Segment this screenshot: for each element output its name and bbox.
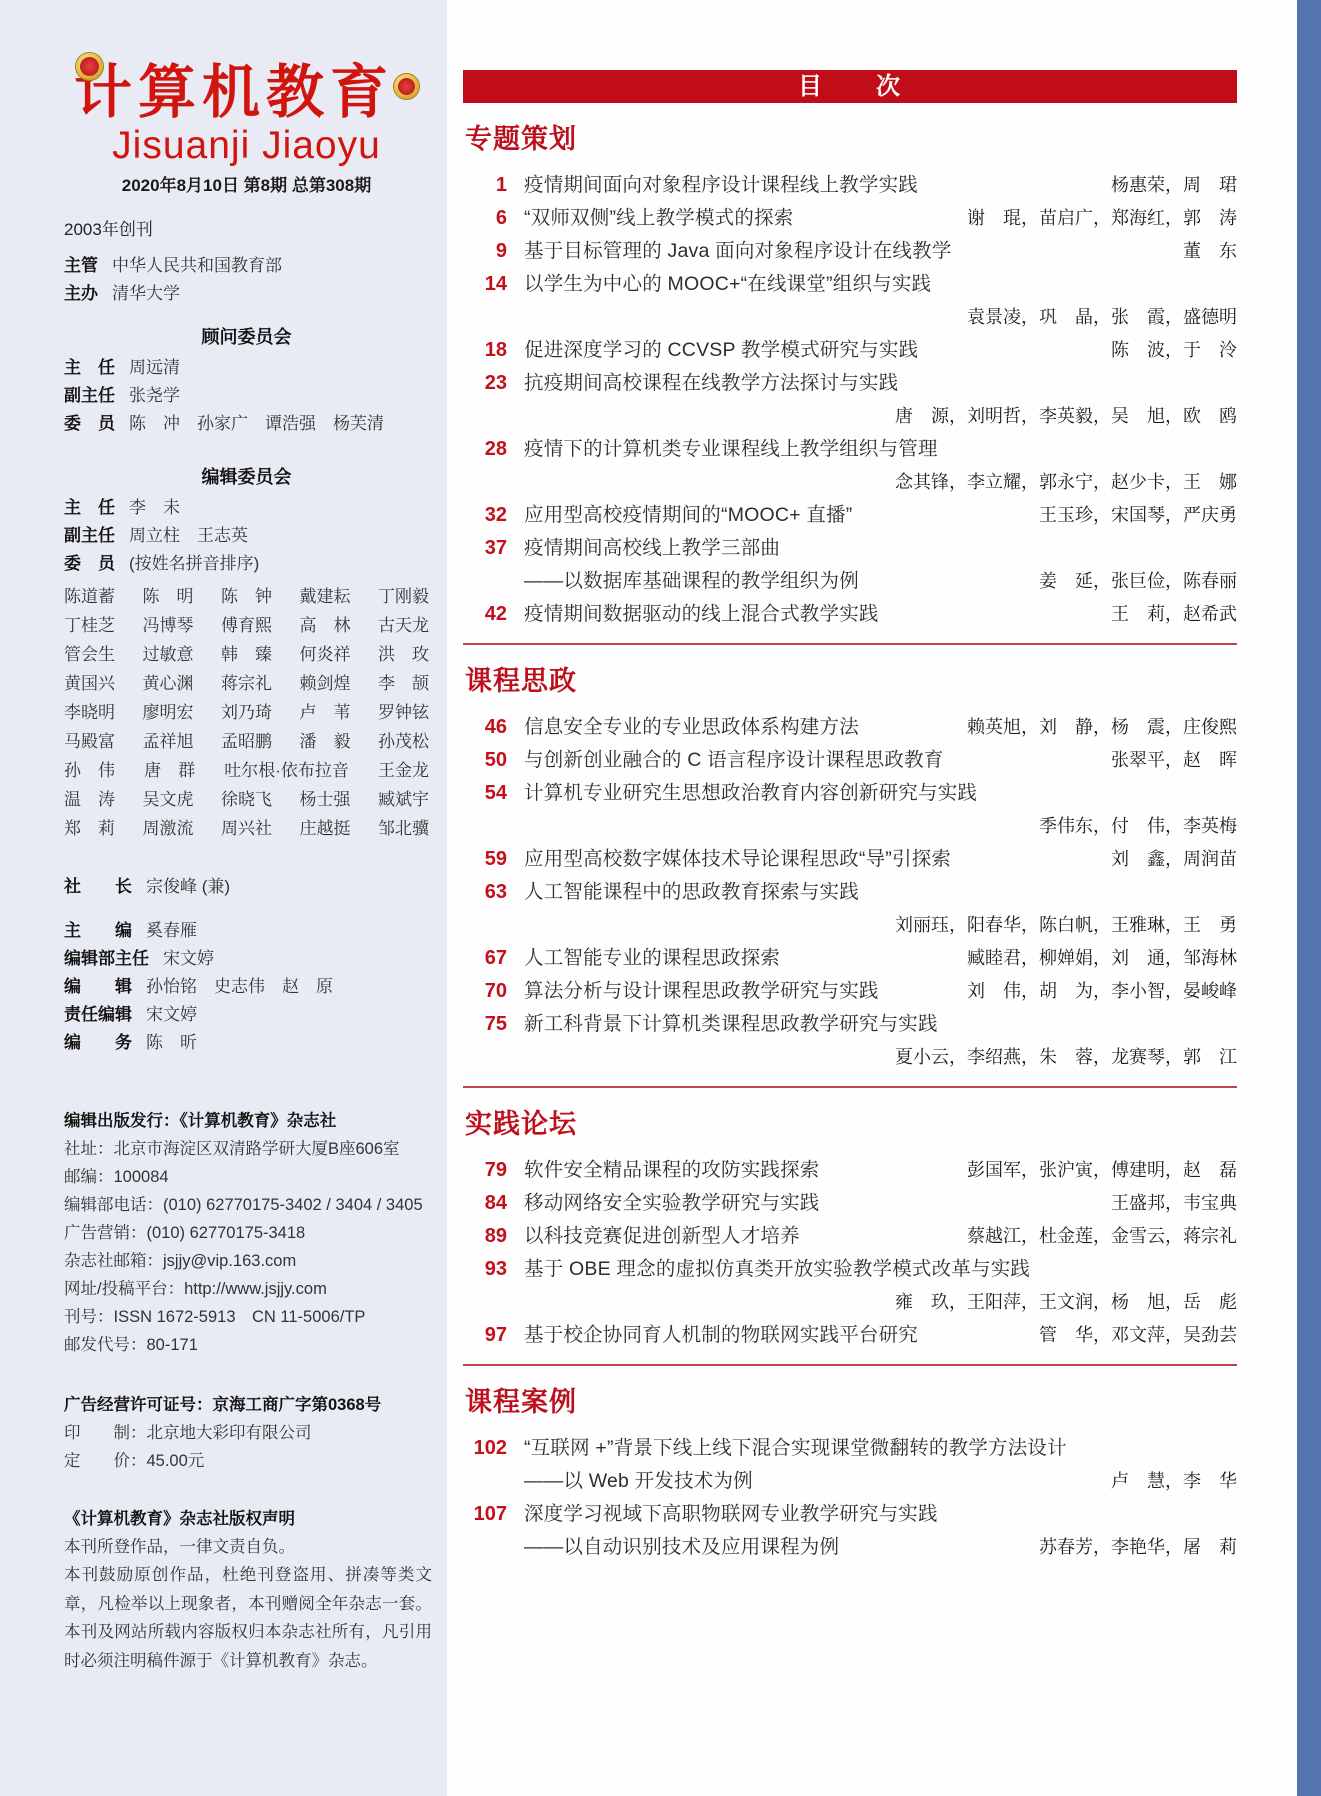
member-name: 周兴社	[221, 814, 272, 843]
toc-entry-line: 季伟东，付 伟，李英梅	[463, 810, 1237, 843]
advisory-rows: 主 任周远清副主任张尧学委 员陈 冲 孙家广 谭浩强 杨芙清	[64, 354, 429, 438]
member-name: 管会生	[64, 640, 115, 669]
member-row: 李晓明廖明宏刘乃琦卢 苇罗钟铉	[64, 698, 429, 727]
masthead-row-label: 主办	[64, 284, 98, 303]
toc-page-number: 75	[463, 1008, 507, 1041]
toc-entry-title: 计算机专业研究生思想政治教育内容创新研究与实践	[524, 777, 977, 810]
member-name: 唐 群	[144, 756, 195, 785]
toc-header-title: 目 次	[798, 73, 902, 100]
toc-entry-authors: 杨惠荣，周 珺	[1093, 169, 1237, 202]
member-row: 丁桂芝冯博琴傅育熙高 林古天龙	[64, 611, 429, 640]
member-name: 郑 莉	[64, 814, 115, 843]
toc-entry-line: 89以科技竞赛促进创新型人才培养蔡越江，杜金莲，金雪云，蒋宗礼	[463, 1220, 1237, 1253]
toc-entry-title: 疫情期间高校线上教学三部曲	[524, 532, 780, 565]
member-name: 古天龙	[378, 611, 429, 640]
toc-entry-authors: 雍 玖，王阳萍，王文润，杨 旭，岳 彪	[877, 1286, 1237, 1319]
toc-page-number: 28	[463, 433, 507, 466]
masthead-content: 计算机教育 Jisuanji Jiaoyu 2020年8月10日 第8期 总第3…	[0, 0, 447, 1675]
advisory-row-label: 副主任	[64, 386, 115, 405]
staff-rows: 社 长宗俊峰 (兼)主 编奚春雁编辑部主任宋文婷编 辑孙怡铭 史志伟 赵 原责任…	[64, 873, 429, 1057]
toc-entry-line: 59应用型高校数字媒体技术导论课程思政“导”引探索刘 鑫，周润苗	[463, 843, 1237, 876]
member-name: 李晓明	[64, 698, 115, 727]
member-name: 何炎祥	[300, 640, 351, 669]
masthead-row-value: 清华大学	[112, 284, 180, 303]
member-name: 孙茂松	[378, 727, 429, 756]
member-name: 卢 苇	[300, 698, 351, 727]
advisory-row-label: 主 任	[64, 358, 115, 377]
publishing-info: 编辑出版发行：《计算机教育》杂志社社址：北京市海淀区双清路学研大厦B座606室邮…	[64, 1107, 429, 1359]
staff-row-value: 奚春雁	[146, 921, 197, 940]
license-line: 定 价：45.00元	[64, 1447, 429, 1475]
member-name: 傅育熙	[221, 611, 272, 640]
publishing-line: 编辑出版发行：《计算机教育》杂志社	[64, 1107, 429, 1135]
member-name: 臧斌宇	[378, 785, 429, 814]
journal-seal-icon	[76, 53, 103, 80]
toc-entry-title: 以科技竞赛促进创新型人才培养	[524, 1220, 800, 1253]
member-name: 高 林	[300, 611, 351, 640]
staff-row: 主 编奚春雁	[64, 917, 429, 945]
member-name: 王金龙	[378, 756, 429, 785]
copyright-block: 《计算机教育》杂志社版权声明 本刊所登作品，一律文责自负。 本刊鼓励原创作品，杜…	[64, 1505, 432, 1675]
member-name: 邹北骥	[378, 814, 429, 843]
license-line: 广告经营许可证号：京海工商广字第0368号	[64, 1391, 429, 1419]
editorial-row: 主 任李 未	[64, 494, 429, 522]
toc-page-number: 63	[463, 876, 507, 909]
toc-page-number: 1	[463, 169, 507, 202]
toc-entry-title: 以学生为中心的 MOOC+“在线课堂”组织与实践	[524, 268, 931, 301]
toc-entry-line: 9基于目标管理的 Java 面向对象程序设计在线教学董 东	[463, 235, 1237, 268]
copyright-paragraph: 本刊鼓励原创作品，杜绝刊登盗用、拼凑等类文章，凡检举以上现象者，本刊赠阅全年杂志…	[64, 1561, 432, 1675]
toc-entry-authors: 王玉珍，宋国琴，严庆勇	[1021, 499, 1237, 532]
member-row: 陈道蓄陈 明陈 钟戴建耘丁刚毅	[64, 582, 429, 611]
toc-entry-line: 袁景凌，巩 晶，张 霞，盛德明	[463, 301, 1237, 334]
toc-entry-line: ——以 Web 开发技术为例卢 慧，李 华	[463, 1465, 1237, 1498]
advisory-row-label: 委 员	[64, 414, 115, 433]
editorial-row: 委 员(按姓名拼音排序)	[64, 550, 429, 578]
toc-entry-line: 刘丽珏，阳春华，陈白帆，王雅琳，王 勇	[463, 909, 1237, 942]
issue-line: 2020年8月10日 第8期 总第308期	[64, 174, 429, 198]
advisory-row-value: 张尧学	[129, 386, 180, 405]
toc-entry-authors: 蔡越江，杜金莲，金雪云，蒋宗礼	[949, 1220, 1237, 1253]
staff-row: 编 务陈 昕	[64, 1029, 429, 1057]
toc-entry-line: 75新工科背景下计算机类课程思政教学研究与实践	[463, 1008, 1237, 1041]
toc-entry-authors: 念其锋，李立耀，郭永宁，赵少卡，王 娜	[877, 466, 1237, 499]
staff-row-value: 陈 昕	[146, 1033, 197, 1052]
editorial-row: 副主任周立柱 王志英	[64, 522, 429, 550]
license-line: 印 制：北京地大彩印有限公司	[64, 1419, 429, 1447]
toc-entry-title: 深度学习视域下高职物联网专业教学研究与实践	[524, 1498, 938, 1531]
staff-row-value: 宋文婷	[163, 949, 214, 968]
toc-entry-title: 信息安全专业的专业思政体系构建方法	[524, 711, 859, 744]
member-name: 孙 伟	[64, 756, 115, 785]
section-heading: 课程案例	[465, 1384, 1237, 1420]
license-info: 广告经营许可证号：京海工商广字第0368号印 制：北京地大彩印有限公司定 价：4…	[64, 1391, 429, 1475]
toc-entry-title: 基于目标管理的 Java 面向对象程序设计在线教学	[524, 235, 952, 268]
editorial-rows: 主 任李 未副主任周立柱 王志英委 员(按姓名拼音排序)	[64, 494, 429, 578]
toc-entry-line: 67人工智能专业的课程思政探索臧睦君，柳婵娟，刘 通，邹海林	[463, 942, 1237, 975]
member-name: 孟祥旭	[143, 727, 194, 756]
staff-row: 社 长宗俊峰 (兼)	[64, 873, 429, 901]
toc-entry-line: 37疫情期间高校线上教学三部曲	[463, 532, 1237, 565]
member-name: 吴文虎	[143, 785, 194, 814]
member-name: 庄越挺	[300, 814, 351, 843]
advisory-heading: 顾问委员会	[64, 324, 429, 350]
staff-row-label: 社 长	[64, 877, 132, 896]
member-name: 黄心渊	[143, 669, 194, 698]
journal-seal-icon	[394, 74, 419, 99]
toc-entry-line: ——以自动识别技术及应用课程为例苏春芳，李艳华，屠 莉	[463, 1531, 1237, 1564]
member-name: 杨士强	[300, 785, 351, 814]
toc-entry-title: 抗疫期间高校课程在线教学方法探讨与实践	[524, 367, 898, 400]
publishing-line: 网址/投稿平台：http://www.jsjjy.com	[64, 1275, 429, 1303]
masthead-row: 主管中华人民共和国教育部	[64, 252, 429, 280]
member-name: 温 涛	[64, 785, 115, 814]
section-heading: 专题策划	[465, 121, 1237, 157]
member-name: 陈 明	[143, 582, 194, 611]
toc-entry-line: 唐 源，刘明哲，李英毅，吴 旭，欧 鸥	[463, 400, 1237, 433]
member-name: 赖剑煌	[300, 669, 351, 698]
toc-entry-authors: 陈 波，于 泠	[1093, 334, 1237, 367]
member-name: 黄国兴	[64, 669, 115, 698]
toc-entry-line: 102“互联网 +”背景下线上线下混合实现课堂微翻转的教学方法设计	[463, 1432, 1237, 1465]
toc-page-number: 59	[463, 843, 507, 876]
member-name: 周激流	[143, 814, 194, 843]
masthead-rows: 主管中华人民共和国教育部主办清华大学	[64, 252, 429, 308]
toc-page-number: 50	[463, 744, 507, 777]
section-divider	[463, 1086, 1237, 1088]
toc-entry-line: 46信息安全专业的专业思政体系构建方法赖英旭，刘 静，杨 震，庄俊熙	[463, 711, 1237, 744]
toc-entry-title: 应用型高校疫情期间的“MOOC+ 直播”	[524, 499, 852, 532]
publishing-line: 刊号：ISSN 1672-5913 CN 11-5006/TP	[64, 1303, 429, 1331]
toc-entry-authors: 刘丽珏，阳春华，陈白帆，王雅琳，王 勇	[877, 909, 1237, 942]
toc-entry-authors: 王 莉，赵希武	[1093, 598, 1237, 631]
toc-page-number: 70	[463, 975, 507, 1008]
toc-page-number: 107	[463, 1498, 507, 1531]
toc-entry-title: 应用型高校数字媒体技术导论课程思政“导”引探索	[524, 843, 951, 876]
toc-entry-line: 63人工智能课程中的思政教育探索与实践	[463, 876, 1237, 909]
toc-page-number: 46	[463, 711, 507, 744]
section-heading: 实践论坛	[465, 1106, 1237, 1142]
toc-page-number: 37	[463, 532, 507, 565]
member-name: 潘 毅	[300, 727, 351, 756]
toc-entry-authors: 张翠平，赵 晖	[1093, 744, 1237, 777]
toc-entry-line: ——以数据库基础课程的教学组织为例姜 延，张巨俭，陈春丽	[463, 565, 1237, 598]
member-name: 戴建耘	[300, 582, 351, 611]
toc-entry-title: 疫情下的计算机类专业课程线上教学组织与管理	[524, 433, 938, 466]
publishing-line: 编辑部电话：(010) 62770175-3402 / 3404 / 3405	[64, 1191, 429, 1219]
publishing-line: 广告营销：(010) 62770175-3418	[64, 1219, 429, 1247]
toc-header-bar: 目 次	[463, 70, 1237, 103]
advisory-row: 委 员陈 冲 孙家广 谭浩强 杨芙清	[64, 410, 429, 438]
toc-entry-authors: 唐 源，刘明哲，李英毅，吴 旭，欧 鸥	[877, 400, 1237, 433]
member-name: 过敏意	[143, 640, 194, 669]
toc-entry-authors: 刘 鑫，周润苗	[1093, 843, 1237, 876]
toc-entry-line: 18促进深度学习的 CCVSP 教学模式研究与实践陈 波，于 泠	[463, 334, 1237, 367]
member-name: 廖明宏	[143, 698, 194, 727]
publishing-line: 邮发代号：80-171	[64, 1331, 429, 1359]
toc-entry-authors: 夏小云，李绍燕，朱 蓉，龙赛琴，郭 江	[877, 1041, 1237, 1074]
toc-entry-authors: 彭国军，张沪寅，傅建明，赵 磊	[949, 1154, 1237, 1187]
editorial-row-label: 委 员	[64, 554, 115, 573]
editorial-member-grid: 陈道蓄陈 明陈 钟戴建耘丁刚毅丁桂芝冯博琴傅育熙高 林古天龙管会生过敏意韩 臻何…	[64, 582, 429, 843]
advisory-row-value: 周远清	[129, 358, 180, 377]
masthead-sidebar: 计算机教育 Jisuanji Jiaoyu 2020年8月10日 第8期 总第3…	[0, 0, 447, 1796]
toc-entry-authors: 季伟东，付 伟，李英梅	[1021, 810, 1237, 843]
toc-entry-line: 50与创新创业融合的 C 语言程序设计课程思政教育张翠平，赵 晖	[463, 744, 1237, 777]
editorial-heading: 编辑委员会	[64, 464, 429, 490]
member-name: 冯博琴	[143, 611, 194, 640]
member-name: 吐尔根·依布拉音	[224, 756, 349, 785]
toc-entry-authors: 姜 延，张巨俭，陈春丽	[1021, 565, 1237, 598]
toc-entry-line: 84移动网络安全实验教学研究与实践王盛邦，韦宝典	[463, 1187, 1237, 1220]
founded-line: 2003年创刊	[64, 216, 429, 244]
toc-entry-line: 93基于 OBE 理念的虚拟仿真类开放实验教学模式改革与实践	[463, 1253, 1237, 1286]
staff-row-label: 主 编	[64, 921, 132, 940]
publishing-line: 邮编：100084	[64, 1163, 429, 1191]
toc-page-number: 84	[463, 1187, 507, 1220]
section-divider	[463, 1364, 1237, 1366]
toc-page-number: 102	[463, 1432, 507, 1465]
staff-row-label: 编 辑	[64, 977, 132, 996]
toc-entry-line: 42疫情期间数据驱动的线上混合式教学实践王 莉，赵希武	[463, 598, 1237, 631]
staff-row-label: 编辑部主任	[64, 949, 149, 968]
toc-entry-title: 基于校企协同育人机制的物联网实践平台研究	[524, 1319, 918, 1352]
member-row: 马殿富孟祥旭孟昭鹏潘 毅孙茂松	[64, 727, 429, 756]
staff-row-value: 孙怡铭 史志伟 赵 原	[146, 977, 333, 996]
toc-entry-title: 软件安全精品课程的攻防实践探索	[524, 1154, 820, 1187]
toc-main-column: 目 次 专题策划1疫情期间面向对象程序设计课程线上教学实践杨惠荣，周 珺6“双师…	[463, 0, 1237, 1564]
member-name: 马殿富	[64, 727, 115, 756]
editorial-row-label: 主 任	[64, 498, 115, 517]
advisory-row: 副主任张尧学	[64, 382, 429, 410]
member-name: 陈道蓄	[64, 582, 115, 611]
member-name: 罗钟铉	[378, 698, 429, 727]
advisory-row-value: 陈 冲 孙家广 谭浩强 杨芙清	[129, 414, 384, 433]
toc-page-number: 97	[463, 1319, 507, 1352]
toc-page-number: 54	[463, 777, 507, 810]
journal-title-pinyin: Jisuanji Jiaoyu	[64, 124, 429, 168]
toc-entry-authors: 臧睦君，柳婵娟，刘 通，邹海林	[949, 942, 1237, 975]
toc-entry-authors: 管 华，邓文萍，吴劲芸	[1021, 1319, 1237, 1352]
toc-sections: 专题策划1疫情期间面向对象程序设计课程线上教学实践杨惠荣，周 珺6“双师双侧”线…	[463, 121, 1237, 1564]
staff-row: 编 辑孙怡铭 史志伟 赵 原	[64, 973, 429, 1001]
copyright-line: 本刊所登作品，一律文责自负。	[64, 1533, 432, 1561]
toc-entry-line: 97基于校企协同育人机制的物联网实践平台研究管 华，邓文萍，吴劲芸	[463, 1319, 1237, 1352]
toc-entry-line: 70算法分析与设计课程思政教学研究与实践刘 伟，胡 为，李小智，晏峻峰	[463, 975, 1237, 1008]
toc-entry-title: 基于 OBE 理念的虚拟仿真类开放实验教学模式改革与实践	[524, 1253, 1030, 1286]
toc-entry-authors: 谢 琨，苗启广，郑海红，郭 涛	[949, 202, 1237, 235]
toc-entry-authors: 卢 慧，李 华	[1093, 1465, 1237, 1498]
toc-page-number: 6	[463, 202, 507, 235]
staff-row: 编辑部主任宋文婷	[64, 945, 429, 973]
staff-row-value: 宋文婷	[146, 1005, 197, 1024]
advisory-row: 主 任周远清	[64, 354, 429, 382]
member-row: 黄国兴黄心渊蒋宗礼赖剑煌李 颉	[64, 669, 429, 698]
toc-page-number: 89	[463, 1220, 507, 1253]
copyright-heading: 《计算机教育》杂志社版权声明	[64, 1505, 432, 1533]
editorial-row-value: 周立柱 王志英	[129, 526, 248, 545]
toc-entry-title: 疫情期间面向对象程序设计课程线上教学实践	[524, 169, 918, 202]
toc-entry-authors: 王盛邦，韦宝典	[1093, 1187, 1237, 1220]
toc-entry-line: 32应用型高校疫情期间的“MOOC+ 直播”王玉珍，宋国琴，严庆勇	[463, 499, 1237, 532]
toc-page-number: 93	[463, 1253, 507, 1286]
toc-page-number: 42	[463, 598, 507, 631]
toc-entry-authors: 董 东	[1165, 235, 1237, 268]
publishing-line: 杂志社邮箱：jsjjy@vip.163.com	[64, 1247, 429, 1275]
journal-title-block: 计算机教育 Jisuanji Jiaoyu 2020年8月10日 第8期 总第3…	[64, 62, 429, 198]
toc-entry-title: 移动网络安全实验教学研究与实践	[524, 1187, 820, 1220]
toc-entry-title: 与创新创业融合的 C 语言程序设计课程思政教育	[524, 744, 944, 777]
toc-entry-authors: 刘 伟，胡 为，李小智，晏峻峰	[949, 975, 1237, 1008]
toc-entry-line: 1疫情期间面向对象程序设计课程线上教学实践杨惠荣，周 珺	[463, 169, 1237, 202]
toc-entry-title: 人工智能课程中的思政教育探索与实践	[524, 876, 859, 909]
toc-entry-authors: 苏春芳，李艳华，屠 莉	[1021, 1531, 1237, 1564]
toc-page-number: 14	[463, 268, 507, 301]
toc-page-number: 9	[463, 235, 507, 268]
staff-row-label: 责任编辑	[64, 1005, 132, 1024]
toc-page-number: 32	[463, 499, 507, 532]
member-name: 丁桂芝	[64, 611, 115, 640]
toc-entry-title: 促进深度学习的 CCVSP 教学模式研究与实践	[524, 334, 918, 367]
member-name: 陈 钟	[221, 582, 272, 611]
member-name: 洪 玫	[378, 640, 429, 669]
toc-entry-title: 人工智能专业的课程思政探索	[524, 942, 780, 975]
toc-entry-line: 14以学生为中心的 MOOC+“在线课堂”组织与实践	[463, 268, 1237, 301]
toc-entry-title: 算法分析与设计课程思政教学研究与实践	[524, 975, 879, 1008]
member-name: 徐晓飞	[221, 785, 272, 814]
editorial-row-value: (按姓名拼音排序)	[129, 554, 259, 573]
editorial-row-value: 李 未	[129, 498, 180, 517]
member-row: 孙 伟唐 群吐尔根·依布拉音王金龙	[64, 756, 429, 785]
toc-entry-line: 雍 玖，王阳萍，王文润，杨 旭，岳 彪	[463, 1286, 1237, 1319]
staff-row-label: 编 务	[64, 1033, 132, 1052]
journal-title: 计算机教育	[64, 62, 429, 124]
toc-entry-title: “双师双侧”线上教学模式的探索	[524, 202, 794, 235]
toc-entry-authors: 袁景凌，巩 晶，张 霞，盛德明	[949, 301, 1237, 334]
toc-page-number: 23	[463, 367, 507, 400]
toc-entry-authors: 赖英旭，刘 静，杨 震，庄俊熙	[949, 711, 1237, 744]
member-row: 温 涛吴文虎徐晓飞杨士强臧斌宇	[64, 785, 429, 814]
masthead-row-value: 中华人民共和国教育部	[112, 256, 282, 275]
editorial-row-label: 副主任	[64, 526, 115, 545]
toc-entry-line: 28疫情下的计算机类专业课程线上教学组织与管理	[463, 433, 1237, 466]
toc-page-number: 18	[463, 334, 507, 367]
member-row: 郑 莉周激流周兴社庄越挺邹北骥	[64, 814, 429, 843]
member-name: 蒋宗礼	[221, 669, 272, 698]
masthead-row-label: 主管	[64, 256, 98, 275]
toc-entry-line: 79软件安全精品课程的攻防实践探索彭国军，张沪寅，傅建明，赵 磊	[463, 1154, 1237, 1187]
magazine-toc-page: 计算机教育 Jisuanji Jiaoyu 2020年8月10日 第8期 总第3…	[0, 0, 1321, 1796]
toc-page-number: 79	[463, 1154, 507, 1187]
masthead-row: 主办清华大学	[64, 280, 429, 308]
toc-entry-subtitle: ——以数据库基础课程的教学组织为例	[524, 565, 859, 598]
member-name: 刘乃琦	[221, 698, 272, 727]
toc-entry-subtitle: ——以 Web 开发技术为例	[524, 1465, 753, 1498]
member-name: 孟昭鹏	[221, 727, 272, 756]
staff-row-value: 宗俊峰 (兼)	[146, 877, 230, 896]
toc-entry-subtitle: ——以自动识别技术及应用课程为例	[524, 1531, 839, 1564]
member-name: 李 颉	[378, 669, 429, 698]
toc-entry-line: 54计算机专业研究生思想政治教育内容创新研究与实践	[463, 777, 1237, 810]
section-heading: 课程思政	[465, 663, 1237, 699]
toc-entry-line: 107深度学习视域下高职物联网专业教学研究与实践	[463, 1498, 1237, 1531]
toc-entry-line: 念其锋，李立耀，郭永宁，赵少卡，王 娜	[463, 466, 1237, 499]
member-name: 丁刚毅	[378, 582, 429, 611]
member-row: 管会生过敏意韩 臻何炎祥洪 玫	[64, 640, 429, 669]
section-divider	[463, 643, 1237, 645]
toc-entry-line: 夏小云，李绍燕，朱 蓉，龙赛琴，郭 江	[463, 1041, 1237, 1074]
toc-entry-title: 疫情期间数据驱动的线上混合式教学实践	[524, 598, 879, 631]
toc-entry-title: 新工科背景下计算机类课程思政教学研究与实践	[524, 1008, 938, 1041]
member-name: 韩 臻	[221, 640, 272, 669]
toc-entry-line: 23抗疫期间高校课程在线教学方法探讨与实践	[463, 367, 1237, 400]
toc-entry-line: 6“双师双侧”线上教学模式的探索谢 琨，苗启广，郑海红，郭 涛	[463, 202, 1237, 235]
staff-row: 责任编辑宋文婷	[64, 1001, 429, 1029]
page-edge-strip	[1297, 0, 1321, 1796]
publishing-line: 社址：北京市海淀区双清路学研大厦B座606室	[64, 1135, 429, 1163]
toc-entry-title: “互联网 +”背景下线上线下混合实现课堂微翻转的教学方法设计	[524, 1432, 1067, 1465]
toc-page-number: 67	[463, 942, 507, 975]
